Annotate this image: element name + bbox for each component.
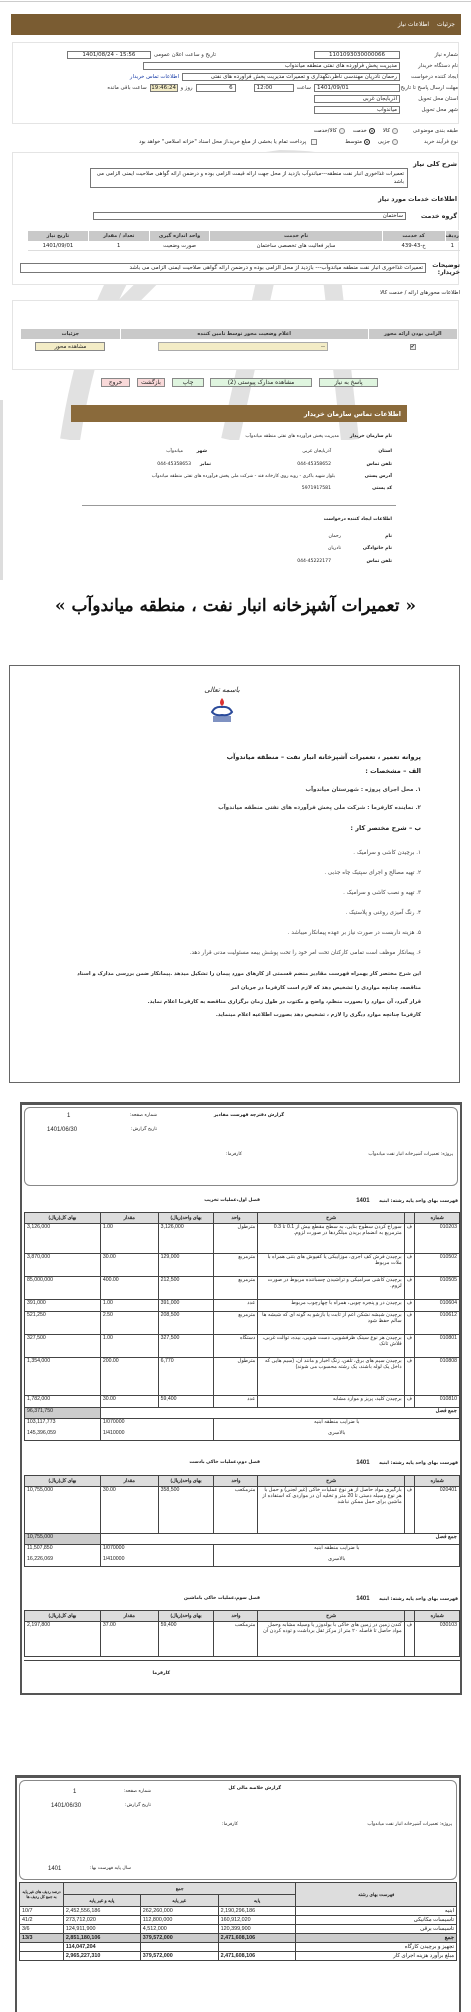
- th-row: ردیف: [445, 231, 459, 242]
- radio-medium-label: متوسط: [345, 139, 362, 145]
- boq-table-ch1: شماره شرح واحد بهای واحد(ریال) مقدار بها…: [24, 1212, 460, 1441]
- cell-name: سایر فعالیت های تخصصی ساختمان: [210, 242, 382, 251]
- th-percent: درصد ردیف های غیر پایه به جمع کل ردیف ها: [20, 1883, 64, 1907]
- table-row: 010808فبرچیدن سیم های برق، تلفن، زنگ اخب…: [25, 1358, 460, 1396]
- boq-project: تعمیرات آشپزخانه انبار نفت میاندوآب: [368, 1152, 439, 1157]
- ch2-price-list: فهرست بهای واحد پایه رشته: ابنیه 1401: [356, 1460, 458, 1466]
- contact-city: میاندوآب: [166, 449, 183, 454]
- left-edge: [0, 400, 3, 580]
- summary-page: 1: [73, 1789, 76, 1795]
- table-row: 030103فکندن زمین در زمین های خاکی با بول…: [25, 1622, 460, 1657]
- cell-qty: 1: [88, 242, 149, 251]
- province-row: استان محل تحویل آذربایجان غربی: [314, 95, 458, 103]
- days-label: روز و: [181, 85, 193, 91]
- days-field: 6: [196, 84, 236, 92]
- contact-header: اطلاعات تماس سازمان خریدار: [71, 405, 407, 422]
- summary-employer-label: کارفرما:: [222, 1822, 238, 1827]
- creator-row: ایجاد کننده درخواست رحمان نادریان مهندسی…: [130, 73, 458, 81]
- axes-table: الزامی بودن ارائه محور اعلام وضعیت محور …: [20, 328, 458, 354]
- city-label: شهر محل تحویل: [400, 107, 458, 113]
- boq-date: 1401/06/30: [47, 1127, 77, 1133]
- creator-family: نادریان: [328, 546, 341, 551]
- contact-fax: 044-45358653: [157, 462, 191, 467]
- summary-project: تعمیرات آشپزخانه انبار نفت میاندوآب: [367, 1822, 438, 1827]
- table-row: 010612فبرچیدن شیشه نشکن اعم از ثابت یا ب…: [25, 1312, 460, 1335]
- deadline-label: مهلت ارسال پاسخ تا تاریخ: [400, 85, 458, 91]
- work-item-6: ۶. پیمانکار موظف است تمامی کارکنان تحت ا…: [190, 950, 421, 956]
- back-button[interactable]: بازگشت: [137, 378, 165, 387]
- need-number-row: شماره نیاز 1101093030000066: [314, 51, 458, 59]
- view-docs-button[interactable]: مشاهده مدارک پیوستی (2): [210, 378, 312, 387]
- th-unit: واحد اندازه گیری: [149, 231, 210, 242]
- table-row: تاسیسات برقی120,399,9004,512,000124,911,…: [20, 1925, 457, 1934]
- buyer-notes-field: تعمیرات غذاخوری انبار نفت منطقه میاندوآب…: [20, 263, 426, 273]
- boq-report: گزارش دفترچه فهرست مقادیر شماره صفحه: 1 …: [20, 1102, 462, 1695]
- radio-goods-label: کالا: [383, 128, 390, 134]
- work-item-5: ۵. هزینه داربست در صورت نیاز بر عهده پیم…: [288, 930, 421, 936]
- work-item-1: ۱. برچیدن کاشی و سرامیک .: [353, 850, 421, 856]
- ch1-price-list: فهرست بهای واحد پایه رشته: ابنیه 1401: [356, 1198, 458, 1204]
- factor-row: بالاسری1/41000016,226,069: [25, 1556, 460, 1567]
- spec-item-2: ۲. نماینده کارفرما : شرکت ملی پخش فرآورد…: [218, 805, 421, 811]
- table-row: مبلغ برآورد هزینه اجرای کار2,471,608,106…: [20, 1952, 457, 1961]
- creator-name-label: نام: [385, 534, 392, 539]
- header-tabs-bar: جزئیات اطلاعات نیاز: [11, 14, 461, 35]
- table-row: 010505فبرچیدن کاشی سرامیکی و تراشیدن چسب…: [25, 1277, 460, 1300]
- table-row: ابنیه2,190,296,186262,260,0002,452,556,1…: [20, 1907, 457, 1916]
- category-row: طبقه بندی موضوعی کالا خدمت کالا/خدمت: [314, 128, 458, 134]
- chapter-sum-row: جمع فصل10,755,000: [25, 1534, 460, 1545]
- contact-postal: 5971917581: [302, 486, 331, 491]
- cell-row: 1: [445, 242, 459, 251]
- buyer-org-label: نام دستگاه خریدار: [400, 63, 458, 69]
- boq-report-header: گزارش دفترچه فهرست مقادیر شماره صفحه: 1 …: [24, 1107, 458, 1186]
- services-info-label: اطلاعات خدمات مورد نیاز: [378, 196, 457, 203]
- total-row: جمع2,471,608,106379,572,0002,851,180,106…: [20, 1934, 457, 1943]
- city-row: شهر محل تحویل میاندوآب: [314, 106, 458, 114]
- section-b: ب – شرح مختصر کار :: [350, 824, 421, 832]
- section-a: الف – مشخصات :: [365, 767, 421, 775]
- summary-project-row: پروژه: تعمیرات آشپزخانه انبار نفت میاندو…: [367, 1822, 452, 1827]
- banner-title: « تعمیرات آشپزخانه انبار نفت ، منطقه میا…: [0, 596, 471, 616]
- contact-org: مدیریت پخش فرآورده های نفتی منطقه میاندو…: [245, 434, 339, 439]
- radio-goods-service-label: کالا/خدمت: [314, 128, 337, 134]
- boq-footer-employer: کارفرما: [153, 1671, 170, 1676]
- factor-row: با ضرایب منطقه ابنیه1/07000011,507,850: [25, 1545, 460, 1556]
- buyer-contact-link[interactable]: اطلاعات تماس خریدار: [130, 74, 179, 80]
- summary-box: تعمیرات غذاخوری انبار نفت منطقه---میاندو…: [90, 168, 408, 188]
- work-item-2: ۲. تهیه مصالح و اجرای سپتیک چاه جذبی .: [324, 870, 421, 876]
- creator-info-title: اطلاعات ایجاد کننده درخواست: [324, 517, 392, 522]
- axes-section-label: اطلاعات محورهای ارائه / خدمت کالا: [380, 290, 460, 296]
- th-desc: شرح: [258, 1213, 404, 1224]
- creator-phone-label: تلفن تماس: [366, 559, 392, 564]
- contact-province-label: استان: [378, 449, 392, 454]
- summary-label: شرح کلی نیاز: [413, 160, 457, 168]
- factor-row: بالاسری1/410000145,396,059: [25, 1430, 460, 1441]
- payment-note: پرداخت تمام یا بخشی از مبلغ خرید،از محل …: [139, 139, 306, 145]
- th-qty: مقدار: [100, 1213, 158, 1224]
- remaining-label: ساعت باقی مانده: [107, 85, 146, 91]
- creator-family-label: نام خانوادگی: [363, 546, 392, 551]
- contact-city-label: شهر: [197, 449, 207, 454]
- th-axis-required: الزامی بودن ارائه محور: [368, 329, 457, 340]
- table-row: 020401فبارگیری مواد حاصل از هر نوع عملیا…: [25, 1487, 460, 1534]
- th-flag: [404, 1213, 414, 1224]
- summary-title: گزارش خلاصه مالی کل: [228, 1786, 281, 1791]
- category-label: طبقه بندی موضوعی: [400, 128, 458, 134]
- tab-details[interactable]: جزئیات: [437, 21, 455, 28]
- boq-table-ch3: شماره شرحواحد بهای واحد(ریال)مقدار بهای …: [24, 1610, 460, 1657]
- deadline-time-field: 12:00: [254, 84, 294, 92]
- bismillah: باسمه تعالی: [198, 686, 246, 694]
- contact-fax-label: نمابر: [200, 462, 211, 467]
- province-label: استان محل تحویل: [400, 96, 458, 102]
- boq-employer-label: کارفرما:: [226, 1152, 242, 1157]
- table-row: 010203فسوراخ کردن سطوح بنایی، به سطح مقط…: [25, 1224, 460, 1254]
- tab-need-info[interactable]: اطلاعات نیاز: [398, 21, 429, 28]
- nioc-emblem-icon: [207, 694, 237, 724]
- th-total-group: جمع: [63, 1883, 296, 1895]
- need-number-field: 1101093030000066: [314, 51, 400, 59]
- boq-page: 1: [67, 1113, 70, 1119]
- doc-title: پروانه تعمیر ، تعمیرات آشپزخانه انبار نف…: [227, 753, 421, 761]
- need-number-label: شماره نیاز: [400, 52, 458, 58]
- table-row: 010502فبرچیدن فرش کف آجری، موزاییکی یا ک…: [25, 1254, 460, 1277]
- th-base: پایه: [218, 1895, 296, 1907]
- nioc-logo: باسمه تعالی: [198, 686, 246, 746]
- service-group-field: ساختمان: [93, 212, 406, 220]
- services-table: ردیف کد خدمت نام خدمت واحد اندازه گیری ت…: [27, 230, 460, 251]
- treasury-checkbox[interactable]: [311, 139, 317, 145]
- th-qty: تعداد / مقدار: [88, 231, 149, 242]
- base-year-label: سال پایه فهرست بها:: [90, 1866, 131, 1871]
- th-axis-status: اعلام وضعیت محور توسط تامین کننده: [120, 329, 368, 340]
- radio-service[interactable]: [369, 128, 375, 134]
- contact-phone: 044-45358652: [297, 462, 331, 467]
- contact-province: آذربایجان غربی: [302, 449, 331, 454]
- spec-item-1: ۱. محل اجرای پروژه : شهرستان میاندوآب: [305, 787, 421, 793]
- table-row: 1 خ-43-439 سایر فعالیت های تخصصی ساختمان…: [28, 242, 460, 251]
- boq-project-label: پروژه:: [441, 1152, 453, 1157]
- radio-minor[interactable]: [392, 139, 398, 145]
- radio-medium[interactable]: [364, 139, 370, 145]
- cell-code: خ-43-439: [382, 242, 445, 251]
- boq-page-label: شماره صفحه:: [130, 1113, 157, 1118]
- reply-button[interactable]: پاسخ به نیاز: [319, 378, 378, 387]
- factor-row: با ضرایب منطقه ابنیه1/070000103,117,773: [25, 1419, 460, 1430]
- view-axis-button[interactable]: مشاهده محور: [35, 342, 105, 351]
- th-axis-details: جزئیات: [21, 329, 121, 340]
- th-total: بهای کل(ریال): [25, 1213, 101, 1224]
- deadline-row: مهلت ارسال پاسخ تا تاریخ 1401/09/01 ساعت…: [107, 84, 458, 92]
- table-row: 010604فبرچیدن در و پنجره چوبی، همراه با …: [25, 1300, 460, 1312]
- th-name: نام خدمت: [210, 231, 382, 242]
- axis-required-checkbox: ✔: [410, 344, 416, 350]
- scope-paragraph-line-1: این شرح مختصر کار بهمراه فهرست مقادیر من…: [77, 971, 421, 977]
- table-row: تاسیسات مکانیکی160,912,020112,800,000273…: [20, 1916, 457, 1925]
- contact-postal-label: کد پستی: [372, 486, 392, 491]
- province-field: آذربایجان غربی: [314, 95, 400, 103]
- contact-address-label: آدرس پستی: [365, 474, 392, 479]
- summary-report: گزارش خلاصه مالی کل شماره صفحه: 1 تاریخ …: [15, 1775, 461, 2012]
- buyer-org-field: مدیریت پخش فرآورده های نفتی منطقه میاندو…: [143, 62, 400, 70]
- contact-phone-label: تلفن تماس: [366, 462, 392, 467]
- base-year: 1401: [48, 1866, 61, 1872]
- table-row: 010801فبرچیدن هر نوع سینک ظرفشویی، دست ش…: [25, 1335, 460, 1358]
- deadline-date-field: 1401/09/01: [314, 84, 400, 92]
- th-date: تاریخ نیاز: [28, 231, 89, 242]
- contact-org-label: نام سازمان خریدار: [350, 434, 392, 439]
- ch3-name: فصل سوم،عملیات خاکی باماشین: [184, 1596, 260, 1601]
- announce-field: 1401/08/24 - 15:56: [67, 51, 151, 59]
- ch1-name: فصل اول،عملیات تخریب: [204, 1198, 260, 1203]
- summary-report-header: گزارش خلاصه مالی کل شماره صفحه: 1 تاریخ …: [19, 1780, 457, 1880]
- ch3-price-list: فهرست بهای واحد پایه رشته: ابنیه 1401: [356, 1596, 458, 1602]
- city-field: میاندوآب: [314, 106, 400, 114]
- th-non-base: غیر پایه: [140, 1895, 218, 1907]
- exit-button[interactable]: خروج: [101, 378, 130, 387]
- print-button[interactable]: چاپ: [172, 378, 204, 387]
- process-row: نوع فرآیند خرید جزیی متوسط پرداخت تمام ی…: [139, 139, 458, 145]
- announce-row: تاریخ و ساعت اعلان عمومی 1401/08/24 - 15…: [67, 51, 216, 59]
- table-row: تجهیز و برچیدن کارگاه114,047,204: [20, 1943, 457, 1952]
- radio-service-label: خدمت: [353, 128, 367, 134]
- summary-date-label: تاریخ گزارش:: [125, 1803, 151, 1808]
- th-discipline: فهرست بهای رشته: [296, 1883, 457, 1907]
- th-unit: واحد: [214, 1213, 258, 1224]
- radio-minor-label: جزیی: [378, 139, 390, 145]
- time-label: ساعت: [297, 85, 311, 91]
- radio-goods-service[interactable]: [339, 128, 345, 134]
- work-item-3: ۳. تهیه و نصب کاشی و سرامیک .: [343, 890, 421, 896]
- summary-page-label: شماره صفحه:: [124, 1789, 151, 1794]
- th-unit-price: بهای واحد(ریال): [158, 1213, 214, 1224]
- scope-document: باسمه تعالی پروانه تعمیر ، تعمیرات آشپزخ…: [9, 665, 460, 1083]
- summary-date: 1401/06/30: [51, 1803, 81, 1809]
- ch2-name: فصل دوم،عملیات خاکی بادست: [189, 1460, 260, 1465]
- chapter-sum-row: جمع فصل96,371,750: [25, 1408, 460, 1419]
- boq-table-ch2: شماره شرحواحد بهای واحد(ریال)مقدار بهای …: [24, 1475, 460, 1567]
- services-header-row: ردیف کد خدمت نام خدمت واحد اندازه گیری ت…: [28, 231, 460, 242]
- creator-field: رحمان نادریان مهندسی ناظر،نگهداری و تعمی…: [182, 73, 400, 81]
- th-code: شماره: [415, 1213, 460, 1224]
- buyer-notes-label: توضیحات خریدار:: [432, 262, 460, 276]
- summary-text: تعمیرات غذاخوری انبار نفت منطقه---میاندو…: [97, 171, 404, 185]
- creator-name: رحمان: [329, 534, 342, 539]
- service-group-label: گروه خدمت: [421, 213, 457, 220]
- creator-phone: 044-45222177: [297, 559, 331, 564]
- divider: [82, 505, 396, 506]
- process-label: نوع فرآیند خرید: [400, 139, 458, 145]
- boq-project-row: پروژه: تعمیرات آشپزخانه انبار نفت میاندو…: [368, 1152, 453, 1157]
- creator-label: ایجاد کننده درخواست: [400, 74, 458, 80]
- remaining-time-field: 19:46:24: [150, 84, 178, 92]
- scope-paragraph-line-2: مناقصه، چنانچه مواردی را تشخیص دهد که لا…: [231, 985, 421, 991]
- announce-label: تاریخ و ساعت اعلان عمومی: [154, 52, 216, 58]
- scope-paragraph-line-4: کارفرما چنانچه موارد دیگری را لازم ، تشخ…: [216, 1012, 421, 1018]
- work-item-4: ۴. رنگ آمیزی روغنی و پلاستیک .: [345, 910, 421, 916]
- radio-goods[interactable]: [392, 128, 398, 134]
- boq-date-label: تاریخ گزارش:: [131, 1127, 157, 1132]
- th-code: کد خدمت: [382, 231, 445, 242]
- boq-title: گزارش دفترچه فهرست مقادیر: [214, 1113, 284, 1118]
- contact-address: بلوار شهید باکری - روبه روی کارخانه قند …: [152, 474, 335, 479]
- scope-paragraph-line-3: قرار گیرد، آن موارد را بصورت منظم، واضح …: [148, 999, 421, 1005]
- cell-unit: صورت وضعیت: [149, 242, 210, 251]
- buyer-org-row: نام دستگاه خریدار مدیریت پخش فرآورده های…: [143, 62, 458, 70]
- cell-date: 1401/09/01: [28, 242, 89, 251]
- th-both: پایه و غیر پایه: [63, 1895, 140, 1907]
- table-row: 010810فبرچیدن کلید، پریز و موارد مشابهعد…: [25, 1396, 460, 1408]
- financial-summary-table: فهرست بهای رشته جمع درصد ردیف های غیر پا…: [19, 1882, 457, 1961]
- axis-status-field[interactable]: --: [158, 342, 328, 351]
